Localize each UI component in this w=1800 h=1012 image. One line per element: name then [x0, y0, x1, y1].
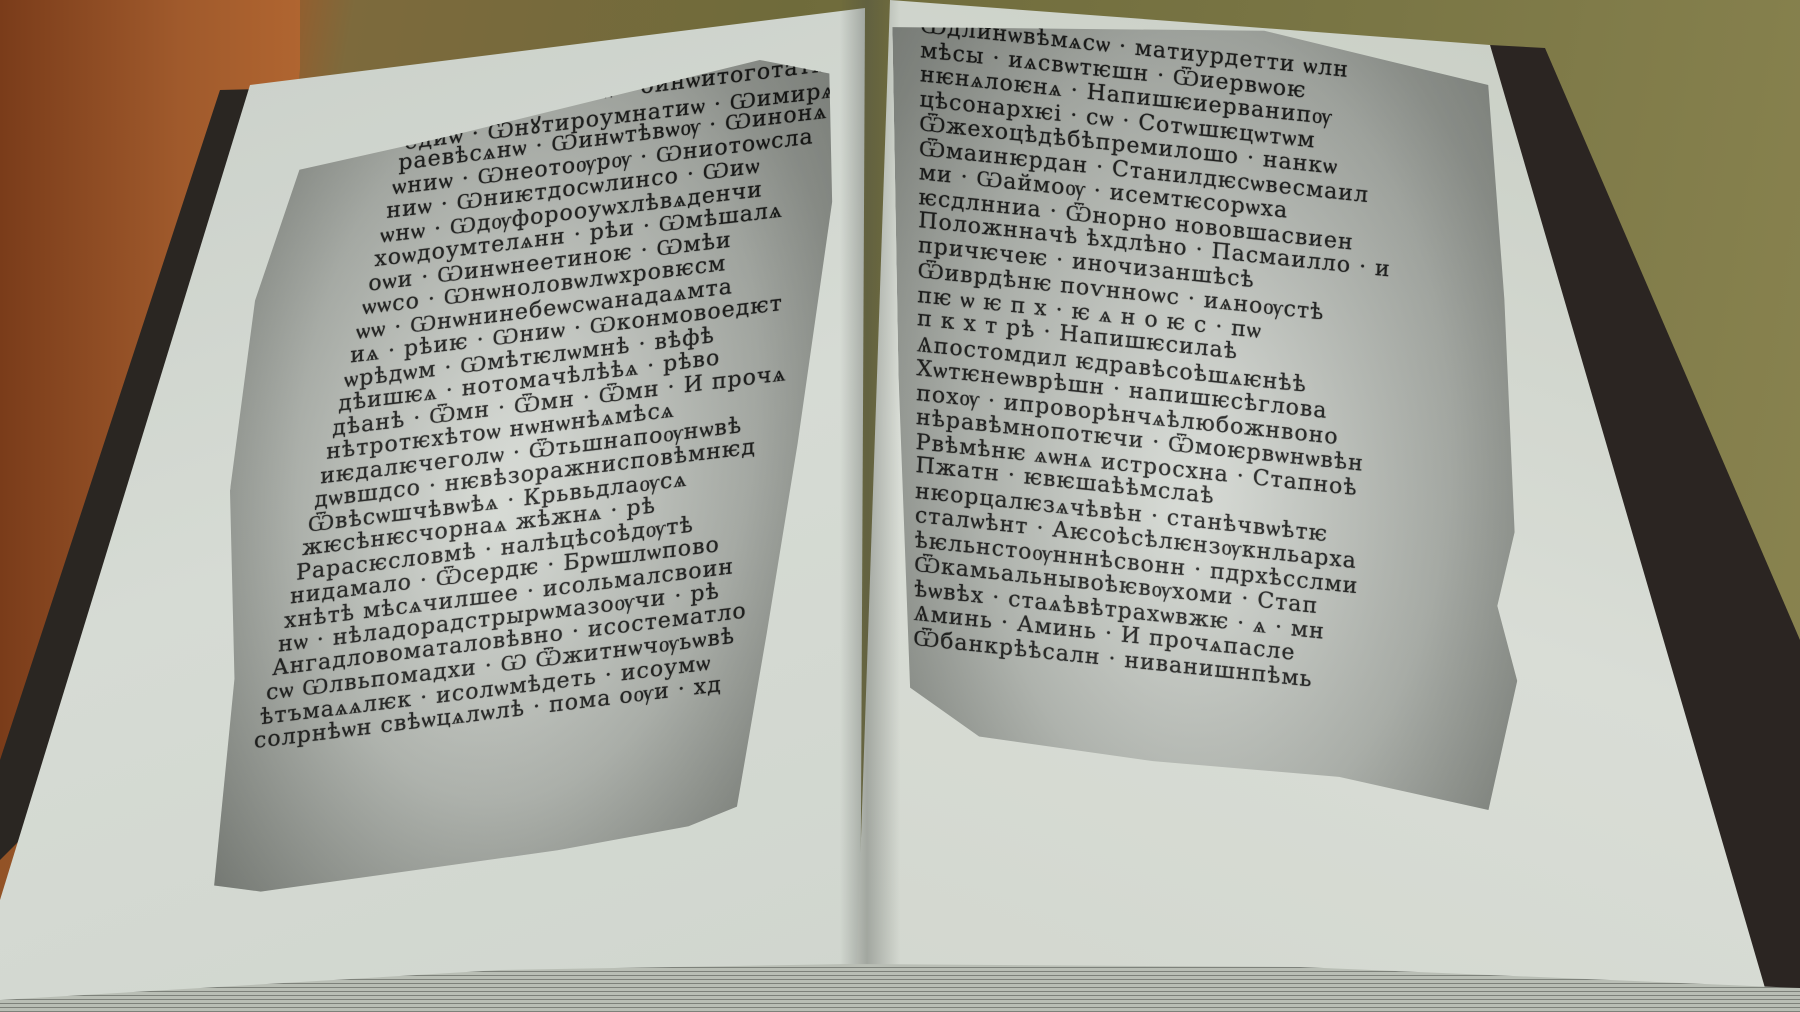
- book-gutter: [840, 0, 900, 1012]
